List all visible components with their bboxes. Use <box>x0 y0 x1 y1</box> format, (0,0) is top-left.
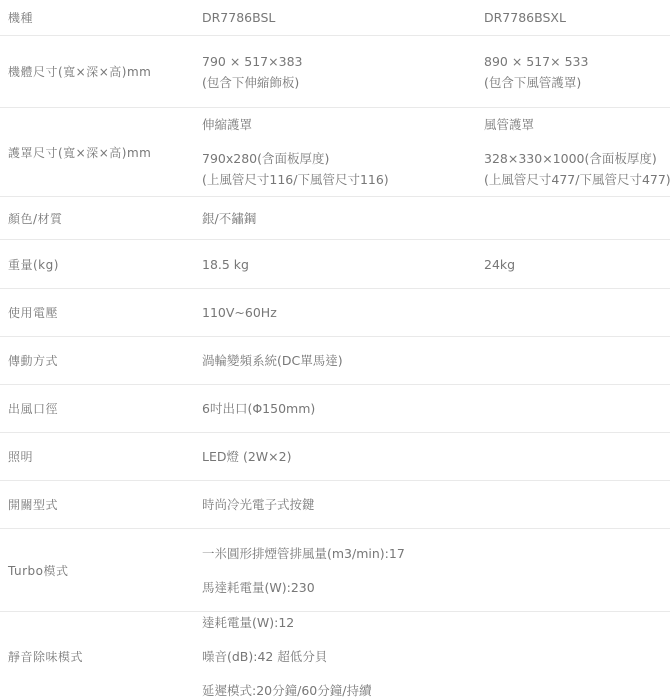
spec-value-cell-model_b <box>484 529 670 611</box>
spec-value-cell-model_b <box>484 337 670 384</box>
spec-row: 照明LED燈 (2W×2) <box>0 433 670 481</box>
spec-row: 護罩尺寸(寬×深×高)mm伸縮護罩790x280(含面板厚度)(上風管尺寸116… <box>0 108 670 197</box>
spec-value-cell-model_b <box>484 433 670 480</box>
spec-row-label: 照明 <box>0 433 202 480</box>
spec-value-line: 110V~60Hz <box>202 302 478 323</box>
spec-row-label: 重量(kg) <box>0 240 202 288</box>
spec-value-line: (上風管尺寸116/下風管尺寸116) <box>202 169 478 190</box>
spec-value-cell-model_a: 伸縮護罩790x280(含面板厚度)(上風管尺寸116/下風管尺寸116) <box>202 108 484 196</box>
spec-value-cell-model_b <box>484 197 670 239</box>
spec-value-line: (包含下風管護罩) <box>484 72 664 93</box>
spec-value-line: 6吋出口(Φ150mm) <box>202 398 478 419</box>
spec-value-line: 328×330×1000(含面板厚度) <box>484 148 664 169</box>
spec-table: 機種DR7786BSLDR7786BSXL機體尺寸(寬×深×高)mm790 × … <box>0 0 670 700</box>
spec-value-group: DR7786BSXL <box>484 7 664 28</box>
spec-value-cell-model_b: 890 × 517× 533(包含下風管護罩) <box>484 36 670 107</box>
spec-value-group: 24kg <box>484 254 664 275</box>
spec-value-line: 790 × 517×383 <box>202 51 478 72</box>
spec-row: 使用電壓110V~60Hz <box>0 289 670 337</box>
spec-value-cell-model_a: 18.5 kg <box>202 240 484 288</box>
spec-value-line: 達耗電量(W):12 <box>202 612 478 633</box>
spec-value-cell-model_a: 銀/不鏽鋼 <box>202 197 484 239</box>
spec-row-label: 機種 <box>0 0 202 35</box>
spec-value-group: 達耗電量(W):12 <box>202 612 478 633</box>
spec-value-cell-model_b <box>484 612 670 700</box>
spec-value-cell-model_a: 渦輪變頻系統(DC單馬達) <box>202 337 484 384</box>
spec-value-line: 馬達耗電量(W):230 <box>202 577 478 598</box>
spec-value-group: DR7786BSL <box>202 7 478 28</box>
spec-value-cell-model_b <box>484 289 670 336</box>
spec-row-label: 靜音除味模式 <box>0 612 202 700</box>
spec-value-line: 一米圓形排煙管排風量(m3/min):17 <box>202 543 478 564</box>
spec-value-group: 890 × 517× 533(包含下風管護罩) <box>484 51 664 93</box>
spec-value-line: 銀/不鏽鋼 <box>202 208 478 229</box>
spec-row-label: 護罩尺寸(寬×深×高)mm <box>0 108 202 196</box>
spec-value-cell-model_a: DR7786BSL <box>202 0 484 35</box>
spec-row: 開關型式時尚冷光電子式按鍵 <box>0 481 670 529</box>
spec-row: 出風口徑6吋出口(Φ150mm) <box>0 385 670 433</box>
spec-value-group: 渦輪變頻系統(DC單馬達) <box>202 350 478 371</box>
spec-value-line: 24kg <box>484 254 664 275</box>
spec-value-line: 延遲模式:20分鐘/60分鐘/持續 <box>202 680 478 700</box>
spec-value-line: 渦輪變頻系統(DC單馬達) <box>202 350 478 371</box>
spec-row-label: 傳動方式 <box>0 337 202 384</box>
spec-row-label: 出風口徑 <box>0 385 202 432</box>
spec-value-cell-model_b <box>484 481 670 528</box>
spec-row-label: 顏色/材質 <box>0 197 202 239</box>
spec-value-group: 328×330×1000(含面板厚度)(上風管尺寸477/下風管尺寸477) <box>484 148 664 190</box>
spec-value-group: 馬達耗電量(W):230 <box>202 577 478 598</box>
spec-value-group: 銀/不鏽鋼 <box>202 208 478 229</box>
spec-row: 重量(kg)18.5 kg24kg <box>0 240 670 289</box>
spec-value-cell-model_b <box>484 385 670 432</box>
spec-value-line: 18.5 kg <box>202 254 478 275</box>
spec-value-line: (上風管尺寸477/下風管尺寸477) <box>484 169 664 190</box>
spec-value-line: LED燈 (2W×2) <box>202 446 478 467</box>
spec-value-cell-model_a: 達耗電量(W):12噪音(dB):42 超低分貝延遲模式:20分鐘/60分鐘/持… <box>202 612 484 700</box>
spec-value-group: 18.5 kg <box>202 254 478 275</box>
spec-row: 機種DR7786BSLDR7786BSXL <box>0 0 670 36</box>
spec-value-group: 噪音(dB):42 超低分貝 <box>202 646 478 667</box>
spec-value-group: 110V~60Hz <box>202 302 478 323</box>
spec-row: 靜音除味模式達耗電量(W):12噪音(dB):42 超低分貝延遲模式:20分鐘/… <box>0 612 670 700</box>
spec-value-group: 時尚冷光電子式按鍵 <box>202 494 478 515</box>
spec-value-line: DR7786BSXL <box>484 7 664 28</box>
spec-value-line: 790x280(含面板厚度) <box>202 148 478 169</box>
spec-value-line: 890 × 517× 533 <box>484 51 664 72</box>
spec-value-group: LED燈 (2W×2) <box>202 446 478 467</box>
spec-value-group: 一米圓形排煙管排風量(m3/min):17 <box>202 543 478 564</box>
spec-value-cell-model_a: 790 × 517×383(包含下伸縮飾板) <box>202 36 484 107</box>
spec-row: Turbo模式一米圓形排煙管排風量(m3/min):17馬達耗電量(W):230 <box>0 529 670 612</box>
spec-value-line: DR7786BSL <box>202 7 478 28</box>
spec-value-cell-model_a: LED燈 (2W×2) <box>202 433 484 480</box>
spec-row: 傳動方式渦輪變頻系統(DC單馬達) <box>0 337 670 385</box>
spec-value-cell-model_a: 一米圓形排煙管排風量(m3/min):17馬達耗電量(W):230 <box>202 529 484 611</box>
spec-value-group: 風管護罩 <box>484 114 664 135</box>
spec-value-line: 時尚冷光電子式按鍵 <box>202 494 478 515</box>
spec-value-cell-model_a: 時尚冷光電子式按鍵 <box>202 481 484 528</box>
spec-row: 機體尺寸(寬×深×高)mm790 × 517×383(包含下伸縮飾板)890 ×… <box>0 36 670 108</box>
spec-value-line: 風管護罩 <box>484 114 664 135</box>
spec-value-cell-model_b: DR7786BSXL <box>484 0 670 35</box>
spec-value-cell-model_b: 風管護罩328×330×1000(含面板厚度)(上風管尺寸477/下風管尺寸47… <box>484 108 670 196</box>
spec-value-cell-model_a: 110V~60Hz <box>202 289 484 336</box>
spec-row-label: 使用電壓 <box>0 289 202 336</box>
spec-value-cell-model_b: 24kg <box>484 240 670 288</box>
spec-value-cell-model_a: 6吋出口(Φ150mm) <box>202 385 484 432</box>
spec-value-group: 6吋出口(Φ150mm) <box>202 398 478 419</box>
spec-value-line: (包含下伸縮飾板) <box>202 72 478 93</box>
spec-row-label: 機體尺寸(寬×深×高)mm <box>0 36 202 107</box>
spec-row-label: 開關型式 <box>0 481 202 528</box>
spec-value-group: 伸縮護罩 <box>202 114 478 135</box>
spec-value-line: 伸縮護罩 <box>202 114 478 135</box>
spec-value-line: 噪音(dB):42 超低分貝 <box>202 646 478 667</box>
spec-value-group: 790 × 517×383(包含下伸縮飾板) <box>202 51 478 93</box>
spec-value-group: 延遲模式:20分鐘/60分鐘/持續 <box>202 680 478 700</box>
spec-row: 顏色/材質銀/不鏽鋼 <box>0 197 670 240</box>
spec-value-group: 790x280(含面板厚度)(上風管尺寸116/下風管尺寸116) <box>202 148 478 190</box>
spec-row-label: Turbo模式 <box>0 529 202 611</box>
